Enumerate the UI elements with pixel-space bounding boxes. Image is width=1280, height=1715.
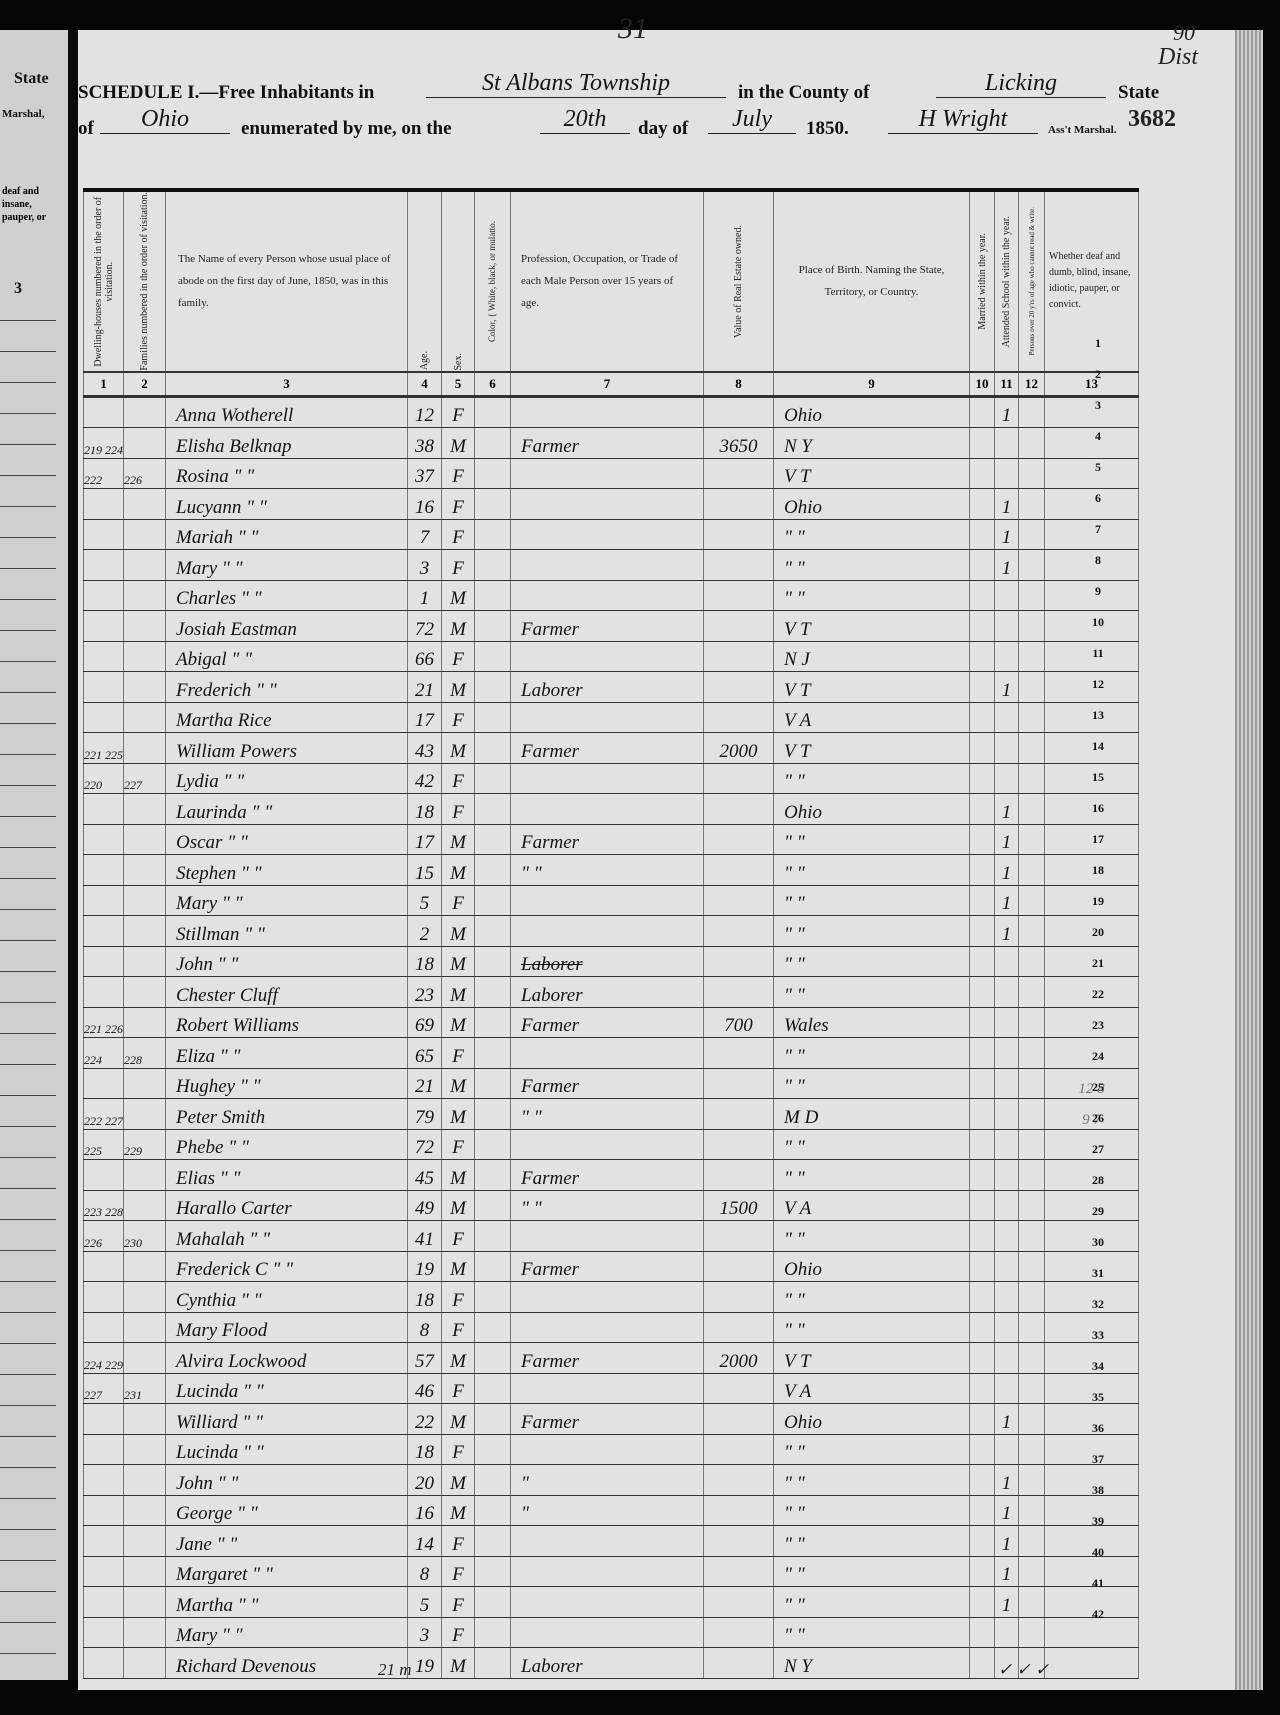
occupation	[511, 1221, 704, 1252]
line-number: 13	[1078, 708, 1118, 723]
line-number: 16	[1078, 801, 1118, 816]
col-header-dwelling: Dwelling-houses numbered in the order of…	[84, 190, 124, 372]
real-estate-value	[704, 641, 774, 672]
line-number: 1	[1078, 336, 1118, 351]
ruled-line	[0, 1095, 56, 1096]
age: 69	[408, 1007, 442, 1038]
census-row: Frederick C " "19MFarmerOhio	[84, 1251, 1139, 1282]
age: 22	[408, 1404, 442, 1435]
ruled-line	[0, 940, 56, 941]
real-estate-value: 700	[704, 1007, 774, 1038]
family-number	[124, 977, 166, 1008]
adjacent-page-strip: State Marshal, deaf and insane, pauper, …	[0, 30, 78, 1680]
col-header-family: Families numbered in the order of visita…	[124, 190, 166, 372]
real-estate-value	[704, 1282, 774, 1313]
married	[970, 763, 995, 794]
married	[970, 855, 995, 886]
birthplace: V T	[774, 733, 970, 764]
color	[475, 1038, 511, 1069]
real-estate-value: 2000	[704, 1343, 774, 1374]
married	[970, 1251, 995, 1282]
illiterate	[1019, 1068, 1045, 1099]
illiterate	[1019, 1617, 1045, 1648]
birthplace: " "	[774, 519, 970, 550]
illiterate	[1019, 1007, 1045, 1038]
sex: M	[442, 580, 475, 611]
age: 2	[408, 916, 442, 947]
sex: F	[442, 396, 475, 428]
occupation: Farmer	[511, 1404, 704, 1435]
person-name: Lucyann " "	[166, 489, 408, 520]
birthplace: Ohio	[774, 794, 970, 825]
census-row: Lucyann " "16FOhio1	[84, 489, 1139, 520]
illiterate	[1019, 1373, 1045, 1404]
color	[475, 428, 511, 459]
footer-checks: ✓ ✓ ✓	[998, 1660, 1049, 1680]
real-estate-value	[704, 396, 774, 428]
occupation: " "	[511, 855, 704, 886]
line-number: 23	[1078, 1018, 1118, 1033]
occupation	[511, 1129, 704, 1160]
census-table: Dwelling-houses numbered in the order of…	[83, 188, 1139, 1679]
sex: F	[442, 550, 475, 581]
school-attendance	[995, 1312, 1019, 1343]
birthplace: " "	[774, 1129, 970, 1160]
color	[475, 1160, 511, 1191]
color	[475, 855, 511, 886]
person-name: Martha " "	[166, 1587, 408, 1618]
census-row: Martha Rice17FV A	[84, 702, 1139, 733]
married	[970, 1434, 995, 1465]
birthplace: " "	[774, 763, 970, 794]
person-name: Mary " "	[166, 550, 408, 581]
birthplace: N J	[774, 641, 970, 672]
line-number: 40	[1078, 1545, 1118, 1560]
sex: M	[442, 824, 475, 855]
color	[475, 1404, 511, 1435]
ruled-line	[0, 1529, 56, 1530]
age: 12	[408, 396, 442, 428]
sex: M	[442, 946, 475, 977]
illiterate	[1019, 1099, 1045, 1130]
sex: M	[442, 428, 475, 459]
illiterate	[1019, 458, 1045, 489]
dwelling-number: 227	[84, 1373, 124, 1404]
person-name: Alvira Lockwood	[166, 1343, 408, 1374]
occupation: "	[511, 1465, 704, 1496]
birthplace: N Y	[774, 1648, 970, 1679]
age: 20	[408, 1465, 442, 1496]
age: 3	[408, 550, 442, 581]
dwelling-number: 224 229	[84, 1343, 124, 1374]
census-row: John " "18MLaborer" "	[84, 946, 1139, 977]
census-row: Stephen " "15M" "" "1	[84, 855, 1139, 886]
family-number	[124, 611, 166, 642]
age: 3	[408, 1617, 442, 1648]
sex: F	[442, 1526, 475, 1557]
sex: F	[442, 1373, 475, 1404]
left-col-num: 3	[14, 280, 22, 298]
column-headers: Dwelling-houses numbered in the order of…	[84, 190, 1139, 372]
family-number: 231	[124, 1373, 166, 1404]
family-number	[124, 519, 166, 550]
ruled-line	[0, 661, 56, 662]
line-number: 30	[1078, 1235, 1118, 1250]
color	[475, 733, 511, 764]
family-number	[124, 396, 166, 428]
dwelling-number	[84, 1160, 124, 1191]
ruled-line	[0, 1405, 56, 1406]
age: 14	[408, 1526, 442, 1557]
sex: M	[442, 1190, 475, 1221]
married	[970, 1038, 995, 1069]
age: 46	[408, 1373, 442, 1404]
line-number: 34	[1078, 1359, 1118, 1374]
married	[970, 519, 995, 550]
occupation	[511, 794, 704, 825]
dwelling-number: 225	[84, 1129, 124, 1160]
family-number	[124, 1556, 166, 1587]
col-header-sex: Sex.	[442, 190, 475, 372]
occupation: Laborer	[511, 977, 704, 1008]
person-name: John " "	[166, 946, 408, 977]
day-of-label: day of	[638, 118, 688, 140]
dwelling-number	[84, 977, 124, 1008]
census-row: George " "16M"" "1	[84, 1495, 1139, 1526]
married	[970, 1282, 995, 1313]
person-name: Chester Cluff	[166, 977, 408, 1008]
line-number: 15	[1078, 770, 1118, 785]
age: 37	[408, 458, 442, 489]
illiterate	[1019, 1434, 1045, 1465]
family-number	[124, 733, 166, 764]
sex: M	[442, 977, 475, 1008]
sex: M	[442, 1007, 475, 1038]
occupation	[511, 396, 704, 428]
dwelling-number	[84, 1648, 124, 1679]
age: 66	[408, 641, 442, 672]
sex: M	[442, 1160, 475, 1191]
age: 38	[408, 428, 442, 459]
sex: M	[442, 916, 475, 947]
sex: F	[442, 1221, 475, 1252]
real-estate-value	[704, 580, 774, 611]
married	[970, 489, 995, 520]
illiterate	[1019, 1160, 1045, 1191]
dwelling-number	[84, 1251, 124, 1282]
occupation: "	[511, 1495, 704, 1526]
married	[970, 580, 995, 611]
birthplace: Ohio	[774, 1404, 970, 1435]
school-attendance	[995, 977, 1019, 1008]
dwelling-number	[84, 672, 124, 703]
age: 42	[408, 763, 442, 794]
color	[475, 1251, 511, 1282]
age: 43	[408, 733, 442, 764]
line-number: 17	[1078, 832, 1118, 847]
ruled-line	[0, 816, 56, 817]
left-marshal-label: Marshal,	[2, 108, 44, 120]
color	[475, 1007, 511, 1038]
person-name: George " "	[166, 1495, 408, 1526]
col-header-real-estate: Value of Real Estate owned.	[704, 190, 774, 372]
line-number: 36	[1078, 1421, 1118, 1436]
occupation	[511, 1282, 704, 1313]
school-attendance	[995, 1068, 1019, 1099]
school-attendance	[995, 1251, 1019, 1282]
occupation	[511, 1526, 704, 1557]
real-estate-value	[704, 1648, 774, 1679]
married	[970, 916, 995, 947]
married	[970, 641, 995, 672]
family-number	[124, 1343, 166, 1374]
color	[475, 1648, 511, 1679]
family-number	[124, 794, 166, 825]
real-estate-value	[704, 1221, 774, 1252]
dwelling-number: 224	[84, 1038, 124, 1069]
col-header-married: Married within the year.	[970, 190, 995, 372]
married	[970, 794, 995, 825]
col-header-occupation: Profession, Occupation, or Trade of each…	[511, 190, 704, 372]
color	[475, 1465, 511, 1496]
illiterate	[1019, 1465, 1045, 1496]
person-name: Richard Devenous	[166, 1648, 408, 1679]
color	[475, 550, 511, 581]
birthplace: " "	[774, 1617, 970, 1648]
real-estate-value	[704, 1495, 774, 1526]
real-estate-value	[704, 1587, 774, 1618]
census-row: 226230Mahalah " "41F" "	[84, 1221, 1139, 1252]
ruled-line	[0, 971, 56, 972]
census-row: Lucinda " "18F" "	[84, 1434, 1139, 1465]
illiterate	[1019, 946, 1045, 977]
occupation	[511, 519, 704, 550]
illiterate	[1019, 1282, 1045, 1313]
person-name: Elias " "	[166, 1160, 408, 1191]
census-row: 222 227Peter Smith79M" "M D9 7	[84, 1099, 1139, 1130]
township-field: St Albans Township	[426, 70, 726, 98]
left-state-label: State	[14, 70, 49, 88]
line-number: 31	[1078, 1266, 1118, 1281]
family-number	[124, 641, 166, 672]
real-estate-value	[704, 885, 774, 916]
school-attendance: 1	[995, 916, 1019, 947]
family-number	[124, 550, 166, 581]
line-number: 24	[1078, 1049, 1118, 1064]
census-row: Mariah " "7F" "1	[84, 519, 1139, 550]
census-row: Mary " "3F" "1	[84, 550, 1139, 581]
age: 65	[408, 1038, 442, 1069]
married	[970, 1190, 995, 1221]
census-row: Oscar " "17MFarmer" "1	[84, 824, 1139, 855]
real-estate-value: 3650	[704, 428, 774, 459]
person-name: Frederick C " "	[166, 1251, 408, 1282]
person-name: Mahalah " "	[166, 1221, 408, 1252]
person-name: Mariah " "	[166, 519, 408, 550]
person-name: Lucinda " "	[166, 1373, 408, 1404]
illiterate	[1019, 1312, 1045, 1343]
family-number	[124, 580, 166, 611]
census-row: Hughey " "21MFarmer" "12 8	[84, 1068, 1139, 1099]
school-attendance	[995, 1617, 1019, 1648]
real-estate-value: 2000	[704, 733, 774, 764]
ruled-line	[0, 444, 56, 445]
dwelling-number	[84, 396, 124, 428]
census-row: 223 228Harallo Carter49M" "1500V A	[84, 1190, 1139, 1221]
sex: F	[442, 885, 475, 916]
school-attendance: 1	[995, 1495, 1019, 1526]
family-number	[124, 1434, 166, 1465]
footer-tally: 21 m	[378, 1660, 412, 1680]
line-number: 27	[1078, 1142, 1118, 1157]
census-row: Mary " "3F" "	[84, 1617, 1139, 1648]
illiterate	[1019, 702, 1045, 733]
family-number: 230	[124, 1221, 166, 1252]
real-estate-value	[704, 1617, 774, 1648]
school-attendance	[995, 1282, 1019, 1313]
person-name: John " "	[166, 1465, 408, 1496]
color	[475, 977, 511, 1008]
school-attendance: 1	[995, 1587, 1019, 1618]
school-attendance	[995, 611, 1019, 642]
family-number: 229	[124, 1129, 166, 1160]
family-number	[124, 672, 166, 703]
birthplace: " "	[774, 824, 970, 855]
dwelling-number	[84, 1068, 124, 1099]
person-name: Martha Rice	[166, 702, 408, 733]
line-number: 4	[1078, 429, 1118, 444]
color	[475, 611, 511, 642]
census-row: Mary " "5F" "1	[84, 885, 1139, 916]
ruled-line	[0, 1498, 56, 1499]
age: 21	[408, 1068, 442, 1099]
birthplace: " "	[774, 550, 970, 581]
illiterate	[1019, 580, 1045, 611]
occupation	[511, 641, 704, 672]
line-number: 42	[1078, 1607, 1118, 1622]
real-estate-value	[704, 763, 774, 794]
person-name: Harallo Carter	[166, 1190, 408, 1221]
census-rows: Anna Wotherell12FOhio1219 224Elisha Belk…	[84, 396, 1139, 1678]
line-number: 21	[1078, 956, 1118, 971]
corner-note: Dist	[1158, 44, 1198, 71]
age: 17	[408, 824, 442, 855]
line-number: 41	[1078, 1576, 1118, 1591]
person-name: Elisha Belknap	[166, 428, 408, 459]
page-edge	[1235, 30, 1263, 1690]
ruled-line	[0, 1312, 56, 1313]
occupation	[511, 916, 704, 947]
line-number: 20	[1078, 925, 1118, 940]
ruled-line	[0, 1653, 56, 1654]
school-attendance: 1	[995, 1404, 1019, 1435]
line-number: 12	[1078, 677, 1118, 692]
day-field: 20th	[540, 106, 630, 134]
real-estate-value	[704, 1404, 774, 1435]
occupation	[511, 489, 704, 520]
family-number	[124, 1587, 166, 1618]
illiterate	[1019, 1526, 1045, 1557]
married	[970, 611, 995, 642]
married	[970, 458, 995, 489]
col-header-color: Color, { White, black, or mulatto.	[475, 190, 511, 372]
page-number: 31	[618, 12, 648, 46]
color	[475, 1068, 511, 1099]
family-number	[124, 1099, 166, 1130]
census-row: Richard Devenous19MLaborerN Y	[84, 1648, 1139, 1679]
birthplace: V A	[774, 702, 970, 733]
occupation	[511, 885, 704, 916]
birthplace: V T	[774, 458, 970, 489]
real-estate-value	[704, 702, 774, 733]
age: 49	[408, 1190, 442, 1221]
illiterate	[1019, 916, 1045, 947]
census-row: Josiah Eastman72MFarmerV T	[84, 611, 1139, 642]
school-attendance	[995, 1373, 1019, 1404]
illiterate	[1019, 977, 1045, 1008]
dwelling-number	[84, 855, 124, 886]
ruled-line	[0, 1188, 56, 1189]
illiterate	[1019, 428, 1045, 459]
census-row: Martha " "5F" "1	[84, 1587, 1139, 1618]
color	[475, 1282, 511, 1313]
family-number	[124, 1007, 166, 1038]
ruled-line	[0, 382, 56, 383]
dwelling-number: 219 224	[84, 428, 124, 459]
birthplace: V A	[774, 1190, 970, 1221]
dwelling-number	[84, 1312, 124, 1343]
family-number	[124, 1465, 166, 1496]
dwelling-number: 222	[84, 458, 124, 489]
family-number	[124, 946, 166, 977]
census-row: 227231Lucinda " "46FV A	[84, 1373, 1139, 1404]
census-row: Chester Cluff23MLaborer" "	[84, 977, 1139, 1008]
person-name: Phebe " "	[166, 1129, 408, 1160]
birthplace: V T	[774, 611, 970, 642]
birthplace: V A	[774, 1373, 970, 1404]
marshal-label: Ass't Marshal.	[1048, 124, 1116, 136]
year-label: 1850.	[806, 118, 849, 140]
ruled-line	[0, 692, 56, 693]
family-number	[124, 1648, 166, 1679]
person-name: Stephen " "	[166, 855, 408, 886]
occupation: " "	[511, 1190, 704, 1221]
dwelling-number: 226	[84, 1221, 124, 1252]
line-number: 39	[1078, 1514, 1118, 1529]
married	[970, 1068, 995, 1099]
real-estate-value	[704, 855, 774, 886]
school-attendance: 1	[995, 672, 1019, 703]
age: 16	[408, 489, 442, 520]
line-number: 9	[1078, 584, 1118, 599]
census-row: 224 229Alvira Lockwood57MFarmer2000V T	[84, 1343, 1139, 1374]
married	[970, 550, 995, 581]
age: 23	[408, 977, 442, 1008]
birthplace: " "	[774, 1587, 970, 1618]
age: 41	[408, 1221, 442, 1252]
birthplace: " "	[774, 916, 970, 947]
age: 15	[408, 855, 442, 886]
birthplace: Ohio	[774, 396, 970, 428]
color	[475, 580, 511, 611]
dwelling-number	[84, 824, 124, 855]
school-attendance	[995, 1099, 1019, 1130]
dwelling-number	[84, 1495, 124, 1526]
census-row: 221 226Robert Williams69MFarmer700Wales	[84, 1007, 1139, 1038]
person-name: Peter Smith	[166, 1099, 408, 1130]
family-number	[124, 916, 166, 947]
family-number	[124, 1495, 166, 1526]
